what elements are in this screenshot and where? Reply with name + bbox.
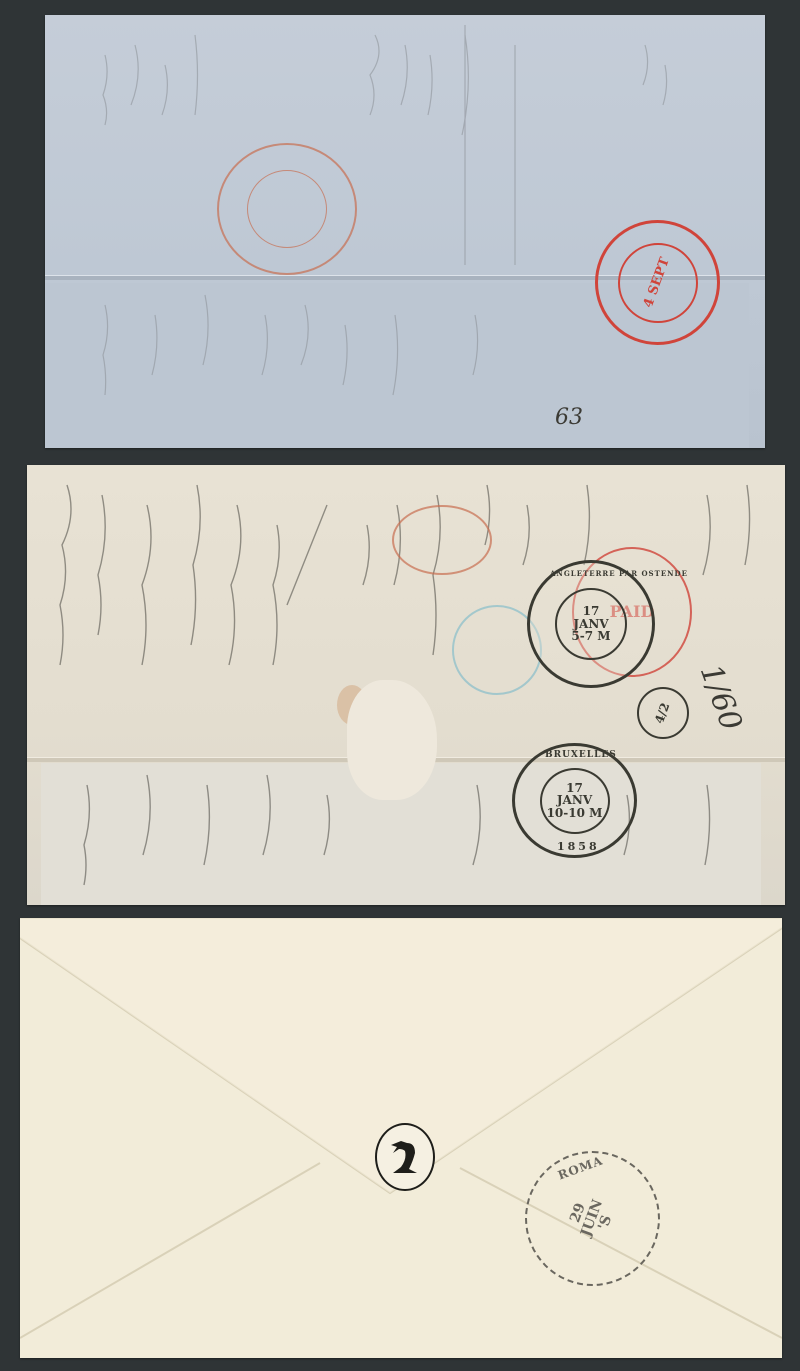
- faded-circular-postmark: [217, 143, 357, 275]
- cream-folded-letter: PAID 17 JANV 5-7 M ANGLETERRE PAR OSTEND…: [27, 465, 785, 905]
- red-calais-postmark: 4 SEPT: [595, 220, 720, 345]
- rome-postmark: 29 JUIN 'S ROMA: [525, 1151, 660, 1286]
- postmark-ring-text: BRUXELLES: [545, 750, 617, 760]
- postmark-ring-text: ANGLETERRE PAR OSTENDE: [550, 569, 688, 578]
- postmark-time: 10-10 M: [547, 807, 603, 820]
- small-circle-mark: 4/2: [637, 687, 689, 739]
- postmark-time: 5-7 M: [571, 630, 610, 643]
- postmark-month: JANV: [547, 794, 603, 807]
- bird-head-crest-icon: [387, 1135, 423, 1179]
- postmark-year: 1858: [557, 840, 600, 853]
- bruxelles-postmark: 17 JANV 10-10 M BRUXELLES 1858: [512, 743, 637, 858]
- blue-folded-letter: 4 SEPT 63: [45, 15, 765, 448]
- manuscript-rate: 1/60: [693, 660, 749, 735]
- angleterre-par-ostende-postmark: 17 JANV 5-7 M ANGLETERRE PAR OSTENDE: [527, 560, 655, 688]
- red-oval-mark: [392, 505, 492, 575]
- postmark-day: 17: [571, 605, 610, 618]
- heraldic-crest-seal: [375, 1123, 435, 1191]
- manuscript-note: 63: [555, 405, 583, 430]
- postmark-ring-text: ROMA: [556, 1153, 605, 1182]
- broken-seal-area: [347, 680, 437, 800]
